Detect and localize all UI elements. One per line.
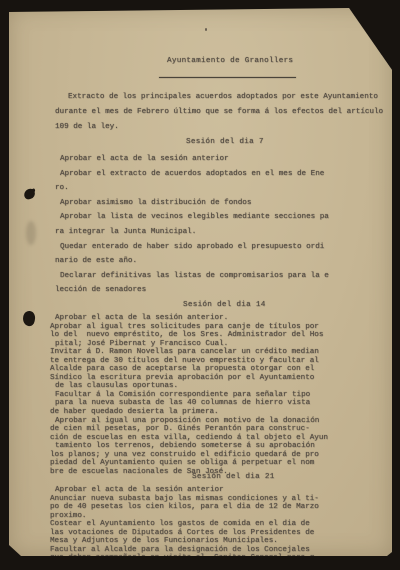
scan-photo: { "page": { "colors": { "background": "#… — [0, 0, 400, 570]
intro-line: Extracto de los principales acuerdos ado… — [55, 90, 395, 105]
pencil-smudge — [26, 221, 36, 245]
session-heading-day14: Sesión del dia 14 — [183, 301, 266, 309]
document-line: lo del nuevo empréstito, de los Sres. Ad… — [50, 331, 395, 340]
document-line: Aprobar asimismo la distribución de fond… — [55, 196, 400, 211]
document-line: proximo. — [50, 512, 395, 521]
session-day7-list: Aprobar el acta de la sesión anterior Ap… — [55, 152, 400, 298]
document-line: que deben acompañarle en visita al Capit… — [50, 554, 395, 563]
document-line: Aprobar el acta de la sesión anterior — [55, 152, 400, 167]
document-line: para la nueva subasta de las 40 columnas… — [50, 399, 395, 408]
document-line: Quedar enterado de haber sido aprobado e… — [55, 240, 400, 255]
document-line: ción de escuelas en esta villa, cediendo… — [50, 434, 395, 443]
session-day21-list: Aprobar el acta de la sesión anterior An… — [50, 486, 395, 563]
document-line: Aprobar el acta de la sesión anterior. — [50, 314, 395, 323]
title-underline — [159, 77, 296, 78]
document-line: Declarar definitivas las listas de compr… — [55, 269, 400, 284]
page-title: Ayuntamiento de Granollers — [167, 57, 293, 65]
document-line: Aprobar la lista de vecinos elegibles me… — [55, 210, 400, 225]
document-line: Invitar á D. Ramon Novellas para cancela… — [50, 348, 395, 357]
session-heading-day7: Sesión del dia 7 — [186, 138, 264, 146]
document-line: lección de senadores — [55, 283, 400, 298]
document-line: ra integrar la Junta Municipal. — [55, 225, 400, 240]
intro-line: 109 de la ley. — [55, 120, 395, 135]
document-line: Alcalde para caso de aceptarse la propue… — [50, 365, 395, 374]
document-line: los planos; y una vez construido el edif… — [50, 451, 395, 460]
document-line: Aprobar el extracto de acuerdos adoptado… — [55, 167, 400, 182]
folded-corner — [349, 8, 392, 70]
document-line: tamiento los terrenos, debiendo someters… — [50, 442, 395, 451]
document-line: Facultar al Alcalde para la designación … — [50, 546, 395, 555]
document-line: Mesa y Adjuntos y de los Funcionarios Mu… — [50, 537, 395, 546]
ink-blot — [23, 188, 37, 201]
document-line: Aprobar al igual tres solicitudes para c… — [50, 323, 395, 332]
document-line: po de 40 pesetas los cien kilos, para el… — [50, 503, 395, 512]
ink-speck — [205, 28, 207, 31]
document-line: te entrega de 30 títulos del nuevo empre… — [50, 357, 395, 366]
document-line: Costear el Ayuntamiento los gastos de co… — [50, 520, 395, 529]
document-line: las votaciones de Diputados á Cortes de … — [50, 529, 395, 538]
scanned-paper: Ayuntamiento de Granollers Extracto de l… — [9, 8, 392, 556]
document-line: de las clausulas oportunas. — [50, 382, 395, 391]
session-heading-day21: Sesión del dia 21 — [192, 473, 275, 481]
document-line: de haber quedado desierta la primera. — [50, 408, 395, 417]
document-line: piedad del Ayuntamiento quien se obliga … — [50, 459, 395, 468]
document-line: nario de este año. — [55, 254, 400, 269]
document-line: ro. — [55, 181, 400, 196]
document-line: pital; José Pibernat y Francisco Cual. — [50, 340, 395, 349]
ink-blot — [22, 310, 36, 327]
intro-line: durante el mes de Febrero último que se … — [55, 105, 395, 120]
session-day14-list: Aprobar el acta de la sesión anterior. A… — [50, 314, 395, 476]
document-line: de cien mil pesetas, por D. Ginés Perant… — [50, 425, 395, 434]
intro-paragraph: Extracto de los principales acuerdos ado… — [55, 90, 395, 135]
document-line: Aprobar al igual una proposición con mot… — [50, 417, 395, 426]
document-line: Aprobar el acta de la sesión anterior — [50, 486, 395, 495]
document-line: Anunciar nueva subasta bajo las mismas c… — [50, 495, 395, 504]
